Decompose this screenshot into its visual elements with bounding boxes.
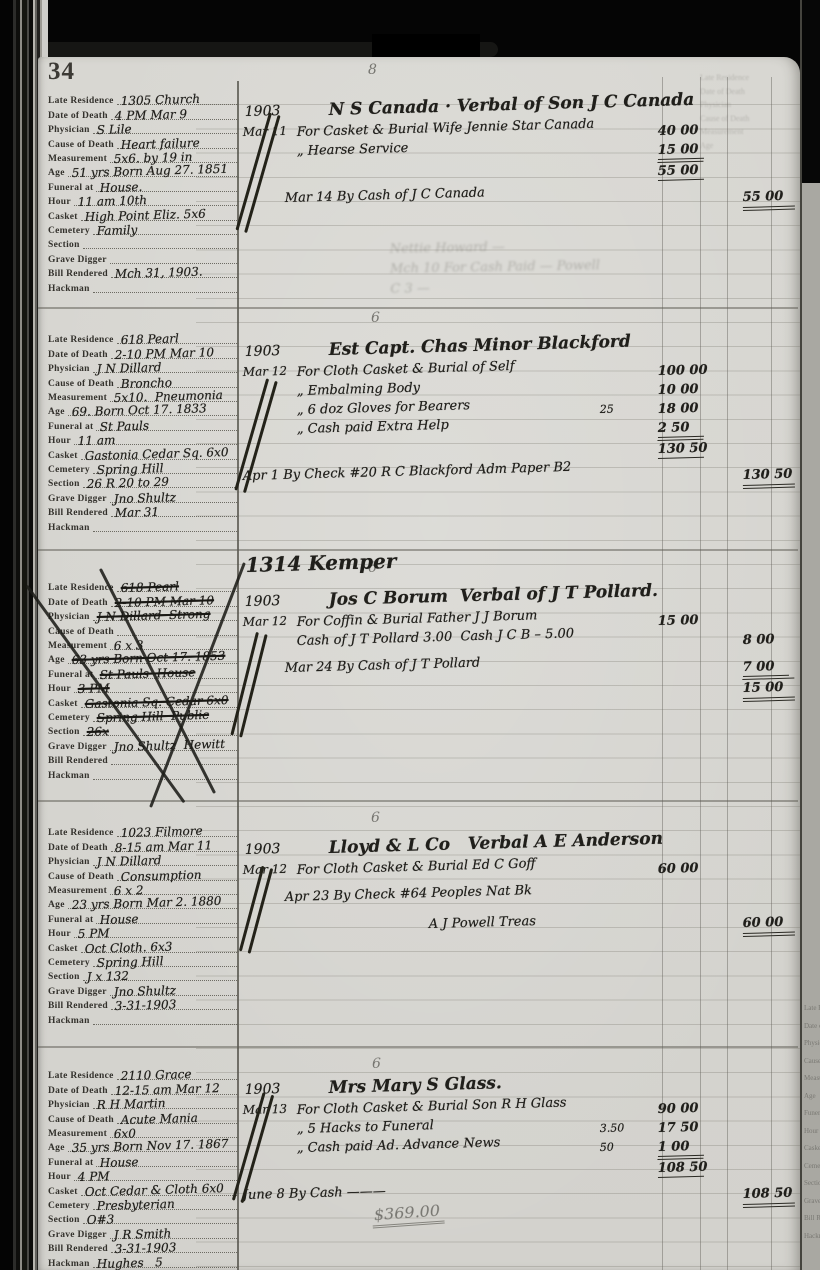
field-dotted-line: Jno Shultz (110, 502, 239, 503)
ledger-row: June 8 By Cash ———108 50 (243, 1186, 799, 1205)
ledger-header: 1903Lloyd & L Co Verbal A E Anderson (243, 838, 799, 861)
field-label: Age (48, 655, 68, 666)
field-dotted-line: 26 R 20 to 29 (83, 487, 239, 488)
ledger-description: Mar 24 By Cash of J T Pollard (285, 656, 481, 676)
form-row: Hour4 PM (48, 1169, 239, 1183)
form-row: CemeteryPresbyterian (48, 1198, 239, 1212)
field-label: Funeral at (48, 183, 96, 194)
ledger-date (243, 1150, 297, 1152)
field-value: Consumption (121, 867, 202, 883)
credit-amount: 7 00 (743, 659, 789, 677)
field-label: Cemetery (48, 1201, 93, 1212)
field-label: Cemetery (48, 713, 93, 724)
deceased-name-line: N S Canada · Verbal of Son J C Canada (328, 90, 694, 120)
field-dotted-line: 51 yrs Born Aug 27. 1851 (68, 176, 239, 177)
field-value: J N Dillard (96, 360, 161, 376)
ledger-row: „ Cash paid Extra Help2 50 (243, 420, 799, 439)
clipped-label: Date of Death (804, 1018, 820, 1036)
posted-check-mark-icon (239, 866, 275, 955)
form-row: Cause of Death (48, 623, 239, 637)
field-value: 5 PM (77, 926, 109, 941)
form-row: Cause of DeathConsumption (48, 868, 239, 882)
field-dotted-line: Hughes 5 (93, 1267, 239, 1268)
ledger-description: „ Embalming Body (297, 381, 421, 399)
field-dotted-line: Oct Cedar & Cloth 6x0 (81, 1195, 239, 1196)
field-label: Cause of Death (48, 1115, 117, 1126)
field-value: Gastonia Sq. Cedar 6x0 (84, 693, 228, 711)
field-label: Measurement (48, 1129, 110, 1140)
field-value: Gastonia Cedar Sq. 6x0 (84, 445, 228, 463)
deceased-name-line: Mrs Mary S Glass. (328, 1073, 502, 1098)
ledger-row: „ Embalming Body10 00 (243, 382, 799, 401)
field-value: 2110 Grace (120, 1067, 191, 1083)
field-label: Hour (48, 197, 74, 208)
ledger-row: Apr 23 By Check #64 Peoples Nat Bk (243, 888, 799, 907)
deceased-name-line: Est Capt. Chas Minor Blackford (328, 332, 631, 360)
field-label: Hackman (48, 771, 93, 782)
field-label: Section (48, 1215, 83, 1226)
field-label: Grave Digger (48, 987, 110, 998)
field-dotted-line: 6 x 3 (110, 649, 239, 650)
field-label: Hour (48, 1172, 74, 1183)
ledger-description: Apr 1 By Check #20 R C Blackford Adm Pap… (243, 460, 572, 484)
field-dotted-line: R H Martin (93, 1108, 239, 1109)
field-value: Jno Shultz (113, 983, 176, 999)
form-row: Cause of DeathBroncho (48, 375, 239, 389)
form-row: Section (48, 237, 239, 251)
field-label: Cemetery (48, 226, 93, 237)
field-value: 2-10 PM Mar 10 (114, 593, 214, 610)
ledger-row: 108 50 (243, 1158, 799, 1178)
ghost-label: Age (700, 139, 796, 153)
field-dotted-line: 63 yrs Born Oct 17. 1853 (68, 663, 239, 664)
form-row: PhysicianJ N Dillard Strong (48, 609, 239, 623)
field-value: 6 x 2 (114, 883, 144, 898)
form-row: Date of Death12-15 am Mar 12 (48, 1082, 239, 1096)
ink-bleed-through-text: Nettie Howard —Mch 10 For Cash Paid — Po… (390, 234, 711, 300)
field-label: Measurement (48, 886, 110, 897)
ledger-description: For Coffin & Burial Father J J Borum (297, 608, 538, 630)
check-stroke (244, 115, 280, 233)
ledger-date: Mar 12 (243, 861, 297, 877)
ledger-description: For Cloth Casket & Burial Son R H Glass (297, 1095, 567, 1118)
ledger-date (243, 431, 297, 433)
field-value: J N Dillard Strong (96, 607, 210, 624)
field-value: Heart failure (121, 135, 200, 151)
field-dotted-line: 2110 Grace (117, 1079, 239, 1080)
form-row: Hour3 PM (48, 681, 239, 695)
field-value: Acute Mania (121, 1110, 198, 1126)
ledger-row: Mar 13For Cloth Casket & Burial Son R H … (243, 1101, 799, 1120)
ledger-date: Mar 13 (243, 1101, 297, 1117)
field-value: Oct Cedar & Cloth 6x0 (84, 1181, 223, 1199)
field-value: 11 am 10th (77, 193, 147, 209)
field-value: 618 Pearl (120, 580, 178, 596)
form-row: Hackman (48, 1012, 239, 1026)
field-label: Age (48, 407, 68, 418)
credit-amount: 8 00 (743, 632, 789, 648)
credit-amount: 60 00 (742, 915, 795, 937)
ledger-block: 1903Jos C Borum Verbal of J T Pollard.Ma… (243, 590, 799, 698)
pencil-tick-mark: 6 (368, 560, 377, 576)
form-row: Cause of DeathHeart failure (48, 136, 239, 150)
ledger-header: 1903Jos C Borum Verbal of J T Pollard. (243, 590, 799, 613)
field-value: House. (100, 180, 143, 195)
field-value: O#3 (86, 1213, 114, 1228)
ledger-block: 1903Lloyd & L Co Verbal A E AndersonMar … (243, 838, 799, 934)
field-label: Casket (48, 944, 81, 955)
field-label: Late Residence (48, 828, 117, 839)
debit-amount: 2 50 (658, 420, 704, 438)
field-dotted-line: Mch 31, 1903. (111, 277, 239, 278)
field-label: Grave Digger (48, 742, 110, 753)
ledger-row: 130 50 (243, 439, 799, 459)
field-value: 1023 Filmore (120, 824, 202, 840)
field-value: Mch 31, 1903. (115, 265, 203, 281)
check-stroke (239, 634, 267, 737)
ledger-year: 1903 (245, 593, 281, 610)
field-dotted-line: House. (96, 191, 239, 192)
field-value: 2-10 PM Mar 10 (114, 345, 214, 362)
field-value: 35 yrs Born Nov 17. 1867 (71, 1137, 228, 1155)
field-label: Hackman (48, 523, 93, 534)
field-label: Funeral at (48, 1158, 96, 1169)
form-row: Hackman (48, 519, 239, 533)
form-row: Hour11 am 10th (48, 194, 239, 208)
ghost-label: Late Residence (700, 71, 796, 85)
debit-amount: 10 00 (658, 382, 704, 398)
field-value: J R Smith (113, 1226, 171, 1242)
ledger-date (243, 643, 297, 645)
debit-amount: 90 00 (658, 1101, 704, 1117)
debit-amount: 60 00 (658, 861, 704, 877)
form-row: Late Residence618 Pearl (48, 332, 239, 346)
field-value: 51 yrs Born Aug 27. 1851 (71, 162, 228, 180)
form-row: Late Residence1305 Church (48, 93, 239, 107)
scanned-ledger-scan: 34 8Late Residence1305 ChurchDate of Dea… (0, 0, 820, 1270)
form-row: PhysicianJ N Dillard (48, 854, 239, 868)
ledger-row: „ Cash paid Ad. Advance News501 00 (243, 1139, 799, 1158)
field-value: 4 PM (77, 1169, 109, 1184)
field-label: Measurement (48, 641, 110, 652)
field-value: Spring Hill (97, 461, 164, 477)
ledger-block: 1903Mrs Mary S Glass.Mar 13For Cloth Cas… (243, 1078, 799, 1205)
cross-out-stroke (26, 585, 186, 804)
field-dotted-line: 2-10 PM Mar 10 (111, 358, 239, 359)
field-dotted-line: 618 Pearl (117, 591, 239, 592)
ledger-date: Mar 12 (243, 363, 297, 379)
field-value: 69. Born Oct 17. 1833 (71, 402, 206, 420)
debit-amount: 15 00 (658, 142, 704, 160)
field-value: 11 am (77, 433, 115, 448)
ghost-label: Physician (700, 98, 796, 112)
clipped-label: Grave Digger (804, 1193, 820, 1211)
form-row: Date of Death2-10 PM Mar 10 (48, 346, 239, 360)
form-row: Age35 yrs Born Nov 17. 1867 (48, 1140, 239, 1154)
pencil-tick-mark: 6 (371, 310, 380, 326)
form-row: CasketGastonia Cedar Sq. 6x0 (48, 447, 239, 461)
field-value: 1305 Church (120, 92, 200, 108)
ledger-page: 34 8Late Residence1305 ChurchDate of Dea… (38, 57, 800, 1270)
field-label: Cause of Death (48, 627, 117, 638)
field-value: R H Martin (96, 1096, 165, 1112)
note-above-entry: 1314 Kemper (245, 549, 396, 577)
field-value: 3-31-1903 (115, 997, 177, 1013)
credit-amount: 15 00 (742, 678, 795, 702)
form-row: Age51 yrs Born Aug 27. 1851 (48, 165, 239, 179)
cross-out-stroke (99, 568, 216, 794)
ledger-description: Apr 23 By Check #64 Peoples Nat Bk (285, 883, 533, 905)
ghost-label: Date of Death (700, 85, 796, 99)
unit-price: 50 (600, 1141, 614, 1154)
field-dotted-line: Jno Shultz (110, 995, 239, 996)
ledger-description: „ Cash paid Extra Help (297, 418, 449, 437)
debit-amount: 55 00 (657, 161, 704, 181)
form-row: CasketGastonia Sq. Cedar 6x0 (48, 695, 239, 709)
form-row: Funeral atHouse (48, 911, 239, 925)
ledger-row: Mar 12For Cloth Casket & Burial of Self1… (243, 363, 799, 382)
field-dotted-line: 11 am (74, 444, 239, 445)
posted-check-mark-icon (230, 632, 269, 738)
form-row: Grave DiggerJno Shultz (48, 983, 239, 997)
ghost-label: Measurement (700, 125, 796, 139)
field-label: Physician (48, 857, 93, 868)
form-row: Section26x (48, 724, 239, 738)
field-value: J N Dillard (96, 853, 161, 869)
ledger-description: For Cloth Casket & Burial of Self (297, 359, 515, 380)
form-row: CemeterySpring Hill (48, 462, 239, 476)
field-label: Late Residence (48, 1071, 117, 1082)
ledger-row: Apr 1 By Check #20 R C Blackford Adm Pap… (243, 467, 799, 486)
field-label: Cause of Death (48, 140, 117, 151)
ledger-date (243, 393, 297, 395)
clipped-label: Measurement (804, 1070, 820, 1088)
field-label: Section (48, 727, 83, 738)
field-value: Jno Shultz Hewitt (113, 737, 225, 754)
field-dotted-line: 6 x 2 (110, 894, 239, 895)
form-row: Late Residence2110 Grace (48, 1068, 239, 1082)
ledger-row: 55 00 (243, 161, 799, 181)
field-dotted-line (111, 764, 239, 765)
field-value: Spring Hill Public (97, 708, 210, 725)
debit-amount: 17 50 (658, 1120, 704, 1136)
field-value: Broncho (121, 375, 173, 390)
field-label: Bill Rendered (48, 1001, 111, 1012)
field-dotted-line (83, 248, 239, 249)
field-dotted-line: Broncho (117, 387, 239, 388)
ledger-header: 1903Est Capt. Chas Minor Blackford (243, 340, 799, 363)
field-dotted-line: 8-15 am Mar 11 (111, 851, 239, 852)
field-value: 5x6. by 19 in (114, 150, 193, 166)
form-row: Age69. Born Oct 17. 1833 (48, 404, 239, 418)
clipped-label: Casket (804, 1140, 820, 1158)
field-label: Date of Death (48, 1086, 111, 1097)
check-stroke (230, 632, 258, 735)
field-value: 3 PM (77, 681, 109, 696)
ledger-row: „ 5 Hacks to Funeral3.5017 50 (243, 1120, 799, 1139)
debit-amount: 1 00 (658, 1139, 704, 1157)
field-dotted-line: 3 PM (74, 692, 239, 693)
field-dotted-line: Consumption (117, 880, 239, 881)
field-value: 8-15 am Mar 11 (114, 838, 212, 855)
field-label: Bill Rendered (48, 1244, 111, 1255)
ledger-description: „ 5 Hacks to Funeral (297, 1118, 434, 1137)
ledger-date (243, 1131, 297, 1133)
ledger-year: 1903 (245, 343, 281, 360)
field-dotted-line: J R Smith (110, 1238, 239, 1239)
field-value: Spring Hill (97, 954, 164, 970)
debit-amount: 15 00 (658, 613, 704, 629)
form-row: Date of Death8-15 am Mar 11 (48, 839, 239, 853)
field-dotted-line: St Pauls House (96, 678, 239, 679)
posted-check-mark-icon (235, 112, 282, 233)
credit-amount: 130 50 (742, 467, 795, 489)
posted-check-mark-icon (232, 1092, 276, 1204)
form-row: Late Residence618 Pearl (48, 580, 239, 594)
ledger-description: A J Powell Treas (429, 914, 537, 932)
cross-out-stroke (149, 562, 246, 808)
check-stroke (248, 868, 273, 954)
field-dotted-line: 4 PM Mar 9 (111, 119, 239, 120)
form-row: CasketHigh Point Eliz. 5x6 (48, 208, 239, 222)
field-dotted-line: Spring Hill (93, 966, 239, 967)
form-row: SectionO#3 (48, 1212, 239, 1226)
field-dotted-line: 1023 Filmore (117, 836, 239, 837)
field-dotted-line (117, 635, 239, 636)
form-row: Date of Death2-10 PM Mar 10 (48, 594, 239, 608)
form-row: Funeral atSt Pauls (48, 418, 239, 432)
ledger-row: „ 6 doz Gloves for Bearers2518 00 (243, 401, 799, 420)
field-value: St Pauls (100, 418, 150, 433)
ledger-description: Cash of J T Pollard 3.00 Cash J C B – 5.… (297, 626, 575, 649)
field-label: Age (48, 1143, 68, 1154)
check-stroke (240, 1095, 273, 1203)
field-label: Funeral at (48, 915, 96, 926)
field-dotted-line: 3-31-1903 (111, 1009, 239, 1010)
pencil-tick-mark: 6 (371, 810, 380, 826)
field-label: Hour (48, 436, 74, 447)
ledger-description: For Cloth Casket & Burial Ed C Goff (297, 856, 536, 878)
ledger-description: June 8 By Cash ——— (243, 1184, 386, 1203)
field-label: Late Residence (48, 335, 117, 346)
field-dotted-line: 2-10 PM Mar 10 (111, 606, 239, 607)
field-dotted-line: 12-15 am Mar 12 (111, 1094, 239, 1095)
field-dotted-line: S Lile (93, 133, 239, 134)
ledger-row: Cash of J T Pollard 3.00 Cash J C B – 5.… (243, 632, 799, 651)
field-label: Bill Rendered (48, 756, 111, 767)
clipped-label: Section (804, 1175, 820, 1193)
unit-price: 25 (600, 403, 614, 416)
check-stroke (234, 378, 268, 490)
form-row: Measurement6 x 3 (48, 638, 239, 652)
posted-check-mark-icon (234, 378, 279, 493)
form-row: Age23 yrs Born Mar 2. 1880 (48, 897, 239, 911)
debit-amount: 130 50 (657, 439, 704, 459)
field-dotted-line: Oct Cloth. 6x3 (81, 952, 239, 953)
field-dotted-line (110, 263, 239, 264)
field-dotted-line: 35 yrs Born Nov 17. 1867 (68, 1151, 239, 1152)
field-label: Cemetery (48, 958, 93, 969)
field-value: Oct Cloth. 6x3 (84, 939, 172, 955)
field-label: Funeral at (48, 670, 96, 681)
field-label: Casket (48, 1187, 81, 1198)
field-value: 618 Pearl (120, 332, 178, 348)
ledger-row: Mar 24 By Cash of J T Pollard7 00 (243, 659, 799, 678)
field-dotted-line: Heart failure (117, 148, 239, 149)
ledger-header: 1903Mrs Mary S Glass. (243, 1078, 799, 1101)
clipped-label: Hour (804, 1123, 820, 1141)
scan-shadow (802, 0, 820, 183)
field-label: Hackman (48, 1259, 93, 1270)
field-label: Measurement (48, 154, 110, 165)
field-label: Section (48, 240, 83, 251)
form-row: Measurement6x0 (48, 1126, 239, 1140)
field-value: St Pauls House (100, 665, 196, 682)
ledger-row: Mar 12For Coffin & Burial Father J J Bor… (243, 613, 799, 632)
field-dotted-line (93, 1024, 239, 1025)
field-label: Physician (48, 1100, 93, 1111)
field-value: 6 x 3 (114, 638, 144, 653)
ledger-year: 1903 (245, 841, 281, 858)
field-value: House (100, 912, 139, 927)
form-row: Grave Digger (48, 251, 239, 265)
field-dotted-line (93, 292, 239, 293)
field-dotted-line: O#3 (83, 1223, 239, 1224)
form-row: Bill RenderedMch 31, 1903. (48, 266, 239, 280)
form-row: Measurement5x10. Pneumonia (48, 390, 239, 404)
ledger-date: Mar 12 (243, 613, 297, 629)
field-label: Cemetery (48, 465, 93, 476)
check-stroke (235, 112, 271, 230)
field-label: Hour (48, 929, 74, 940)
field-label: Cause of Death (48, 379, 117, 390)
field-label: Funeral at (48, 422, 96, 433)
ledger-date: Mar 11 (243, 123, 297, 139)
field-value: S Lile (96, 122, 131, 137)
field-dotted-line: 618 Pearl (117, 343, 239, 344)
field-label: Physician (48, 125, 93, 136)
form-row: PhysicianS Lile (48, 122, 239, 136)
form-row: CemeterySpring Hill (48, 955, 239, 969)
field-dotted-line: House (96, 923, 239, 924)
field-label: Date of Death (48, 111, 111, 122)
field-label: Grave Digger (48, 1230, 110, 1241)
field-value: High Point Eliz. 5x6 (84, 206, 205, 223)
check-stroke (239, 866, 264, 952)
clipped-label: Bill Rendered (804, 1210, 820, 1228)
deceased-name-line: Jos C Borum Verbal of J T Pollard. (328, 581, 658, 610)
form-row: PhysicianJ N Dillard (48, 361, 239, 375)
field-value: 63 yrs Born Oct 17. 1853 (71, 649, 225, 667)
unit-price: 3.50 (600, 1121, 625, 1135)
form-row: CasketOct Cedar & Cloth 6x0 (48, 1183, 239, 1197)
clipped-label: Hackman (804, 1228, 820, 1246)
field-dotted-line: J N Dillard Strong (93, 620, 239, 621)
ledger-year: 1903 (245, 103, 281, 120)
field-label: Section (48, 479, 83, 490)
ledger-block: 1903Est Capt. Chas Minor BlackfordMar 12… (243, 340, 799, 486)
clipped-label: Late Residence (804, 1000, 820, 1018)
ledger-year: 1903 (245, 1081, 281, 1098)
field-dotted-line: 5x10. Pneumonia (110, 401, 239, 402)
field-label: Hackman (48, 284, 93, 295)
field-label: Late Residence (48, 583, 117, 594)
field-label: Grave Digger (48, 494, 110, 505)
field-dotted-line: J x 132 (83, 980, 239, 981)
form-row: CasketOct Cloth. 6x3 (48, 940, 239, 954)
field-dotted-line: High Point Eliz. 5x6 (81, 220, 239, 221)
field-label: Bill Rendered (48, 269, 111, 280)
